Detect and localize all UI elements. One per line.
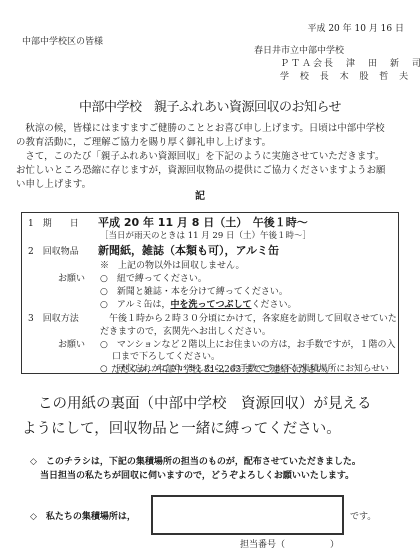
back-note-line1: この用紙の裏面（中部中学校 資源回収）が見える (22, 392, 417, 417)
sender-block: 春日井市立中部中学校 ＰＴＡ会長 津 田 新 司 学 校 長 木 股 哲 夫 (254, 45, 420, 84)
intro-p1-line1: 秋涼の候，皆様にはますますご健勝のこととお喜び申し上げます。日頃は中部中学校 (16, 122, 411, 136)
sender-principal: 学 校 長 木 股 哲 夫 (254, 71, 420, 84)
request-1c: ○ アルミ缶は，中を洗ってつぶしてください。 (100, 297, 297, 310)
date-value: 平成 20 年 11 月 8 日（土） 午後１時～ (98, 214, 308, 230)
addressee: 中部中学校区の皆様 (22, 34, 103, 47)
collection-site-label: ◇ 私たちの集積場所は， (30, 509, 136, 522)
flyer-note: ◇ このチラシは，下記の集積場所の担当のものが，配布させていただきました。 当日… (30, 455, 361, 483)
method-label: 3 回収方法 (28, 311, 79, 324)
request-1a: ○ 紐で縛ってください。 (100, 271, 207, 284)
request-label-1: お願い (58, 271, 85, 284)
method-line1: 午後１時から２時３０分頃にかけて，各家庭を訪問して回収させていた (109, 311, 397, 324)
request-1b: ○ 新聞と雑誌・本を分けて縛ってください。 (100, 284, 288, 297)
request-2b-line2: ただくか，中部中学校 81-2263 までご連絡ください。 (111, 362, 334, 375)
intro-p2-line3: い申し上げます。 (16, 178, 411, 192)
can-request-post: ください。 (252, 300, 297, 310)
items-note: ※ 上記の物以外は回収しません。 (100, 258, 245, 271)
intro-text: 秋涼の候，皆様にはますますご健勝のこととお喜び申し上げます。日頃は中部中学校 の… (16, 122, 411, 192)
can-request-emphasis: 中を洗ってつぶして (171, 300, 252, 310)
intro-p1-line2: の教育活動に，ご理解ご協力を賜り厚く御礼申し上げます。 (16, 136, 411, 150)
sender-pta-president: ＰＴＡ会長 津 田 新 司 (254, 58, 420, 71)
rain-note: ［当日が雨天のときは 11 月 29 日（土）午後１時～］ (100, 229, 311, 241)
person-in-charge-number: 担当番号（ ） (240, 537, 339, 550)
intro-p2-line2: お忙しいところ恐縮に存じますが，資源回収物品の提供にご協力くださいますようお願 (16, 164, 411, 178)
back-side-note: この用紙の裏面（中部中学校 資源回収）が見える ようにして，回収物品と一緒に縛っ… (22, 392, 417, 442)
items-value: 新聞紙，雑誌（本類も可），アルミ缶 (98, 242, 279, 258)
issue-date: 平成 20 年 10 月 16 日 (307, 21, 404, 34)
details-box: 1 期 日 平成 20 年 11 月 8 日（土） 午後１時～ ［当日が雨天のと… (21, 212, 399, 374)
flyer-note-line2: 当日担当の私たちが回収に伺いますので，どうぞよろしくお願いいたします。 (30, 469, 361, 483)
flyer-note-line1: ◇ このチラシは，下記の集積場所の担当のものが，配布させていただきました。 (30, 455, 361, 469)
back-note-line2: ようにして，回収物品と一緒に縛ってください。 (22, 417, 417, 442)
items-label: 2 回収物品 (28, 244, 79, 257)
date-label: 1 期 日 (28, 216, 79, 229)
page-title: 中部中学校 親子ふれあい資源回収のお知らせ (0, 96, 420, 115)
collection-site-field[interactable] (151, 495, 344, 535)
collection-site-suffix: です。 (350, 509, 376, 522)
method-line2: だきますので，玄関先へお出しください。 (100, 324, 271, 337)
can-request-pre: ○ アルミ缶は， (100, 300, 171, 310)
request-label-2: お願い (58, 337, 85, 350)
ki-heading: 記 (195, 187, 205, 202)
intro-p2-line1: さて，このたび「親子ふれあい資源回収」を下記のように実施させていただきます。 (16, 150, 411, 164)
sender-school: 春日井市立中部中学校 (254, 45, 420, 58)
